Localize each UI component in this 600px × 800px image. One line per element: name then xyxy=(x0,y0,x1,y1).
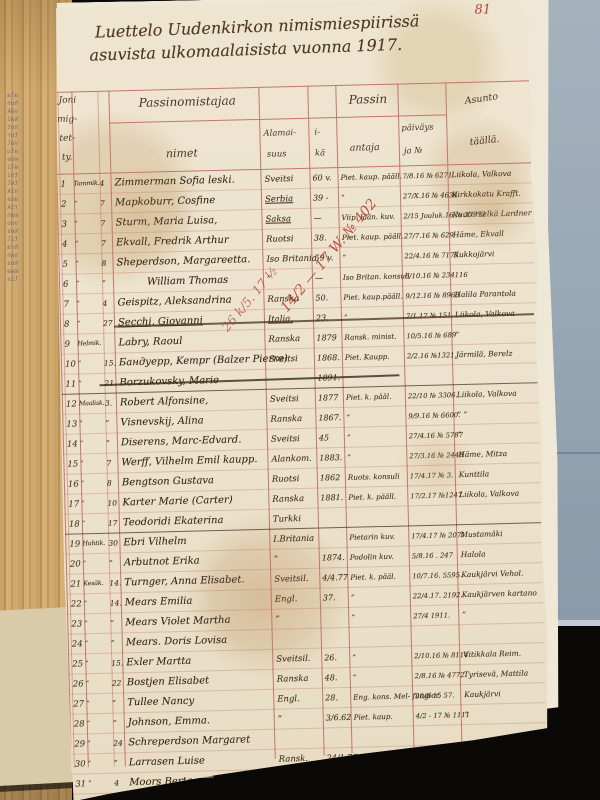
nationality: ” xyxy=(272,613,321,624)
passport-issuer: Piet. k. pääl. xyxy=(344,391,406,403)
entry-month: ” xyxy=(74,198,100,209)
entry-day: 15. xyxy=(111,658,123,668)
row-number: 12 xyxy=(62,399,79,409)
passport-date-number: 20/8-15 57. xyxy=(413,690,461,701)
entry-month: ” xyxy=(75,258,101,269)
row-number: 14 xyxy=(63,439,80,449)
passport-date-number xyxy=(412,635,460,636)
holder-name: Visnevskij, Alina xyxy=(117,414,267,428)
passport-issuer: Piet. k. pääl. xyxy=(348,571,410,583)
residence: ” xyxy=(455,428,539,440)
entry-month: ” xyxy=(86,678,112,689)
entry-month: ” xyxy=(78,358,104,369)
holder-name: Turnger, Anna Elisabet. xyxy=(121,574,271,588)
group-header-passport-owner: Passinomistajaa xyxy=(138,94,236,110)
passport-date-number: 22/4.17. 2192. xyxy=(411,590,459,601)
entry-day: ” xyxy=(112,698,124,708)
passport-issuer xyxy=(352,736,414,738)
passport-issuer: ” xyxy=(344,411,406,423)
row-number: 20 xyxy=(66,559,83,569)
residence: Kaukjärvi xyxy=(461,688,545,700)
age-or-birthyear xyxy=(319,537,347,538)
holder-name: Labry, Raoul xyxy=(115,334,265,348)
row-number: 27 xyxy=(69,699,86,709)
residence: Järmilä, Berelz xyxy=(453,348,537,360)
entry-day: 3. xyxy=(105,398,117,408)
nationality: Sveitsil. xyxy=(271,573,320,584)
entry-month: ” xyxy=(88,778,114,789)
nationality xyxy=(273,638,322,639)
passport-issuer: Eng. kons. Mel- fungior. xyxy=(351,691,413,703)
holder-name: Johnson, Emma. xyxy=(125,714,275,728)
holder-name: Bengtson Gustava xyxy=(119,474,269,488)
row-number: 7 xyxy=(59,299,76,309)
row-number: 1 xyxy=(56,179,73,189)
residence: Liikola, Valkova xyxy=(454,388,538,400)
passport-date-number: 7/8.16 № 6271 xyxy=(400,170,448,181)
passport-date-number: 27/3.16 № 2448 xyxy=(407,450,455,461)
age-or-birthyear: 1881. xyxy=(318,492,346,503)
residence: ” ” xyxy=(454,408,538,420)
residence: Kirkkokatu Krafft. xyxy=(449,188,533,200)
passport-issuer: ” xyxy=(349,591,411,603)
row-number: 13 xyxy=(62,419,79,429)
entry-day: 7 xyxy=(100,198,112,208)
age-or-birthyear: 1867. xyxy=(316,412,344,423)
row-number: 8 xyxy=(60,319,77,329)
holder-name: Bostjen Elisabet xyxy=(124,674,274,688)
passport-date-number: 2/2.16 №1321. xyxy=(405,350,453,361)
col-header-nationality-1: Alamai- xyxy=(263,128,296,139)
residence: Liikola, Valkova xyxy=(448,168,532,180)
passport-date-number: 4/2 - 17 № 1111 xyxy=(414,710,462,721)
entry-day: 30 xyxy=(108,538,120,548)
passport-issuer: ” xyxy=(340,251,402,263)
age-or-birthyear xyxy=(321,617,349,618)
nationality: Saksa xyxy=(262,213,311,224)
nationality: Serbia xyxy=(262,193,311,204)
passport-issuer xyxy=(343,376,405,378)
holder-name: Teodoridi Ekaterina xyxy=(120,514,270,528)
row-number: 18 xyxy=(65,519,82,529)
nationality: Sveitsil. xyxy=(273,653,322,664)
col-header-age-2: kä xyxy=(315,148,325,158)
entry-month: ” xyxy=(85,638,111,649)
entry-month: ” xyxy=(79,418,105,429)
passport-date-number: 9/9.16 № 6600. xyxy=(406,410,454,421)
row-number: 31 xyxy=(71,779,88,789)
entry-day: 7 xyxy=(100,218,112,228)
residence: Tyrisevä, Mattila xyxy=(461,668,545,680)
entry-month: ” xyxy=(88,758,114,769)
entry-day: 21. xyxy=(104,378,116,388)
passport-date-number: 17/2.17 №1247 xyxy=(408,490,456,501)
residence: Kukkojärvi xyxy=(450,248,534,260)
nationality: Engl. xyxy=(272,593,321,604)
age-or-birthyear: 39 - xyxy=(311,193,339,204)
page-number: 81 xyxy=(474,2,491,17)
residence: Mustamäki xyxy=(463,768,547,780)
passport-issuer: ” xyxy=(345,451,407,463)
entry-day: 4 xyxy=(102,298,114,308)
passport-issuer: Alank. kons. xyxy=(353,771,415,783)
entry-day: 4 xyxy=(114,778,126,788)
nationality: Engl. xyxy=(274,693,323,704)
passport-date-number xyxy=(405,375,453,376)
age-or-birthyear: 1874. xyxy=(320,552,348,563)
entry-month: Huhtik. xyxy=(82,538,108,549)
holder-name: Werff, Vilhelm Emil kaupp. xyxy=(118,454,268,468)
entry-day: 14. xyxy=(109,578,121,588)
group-header-rule xyxy=(109,114,446,124)
header-left-line-1: Joni xyxy=(58,95,76,105)
residence: ” xyxy=(459,608,543,620)
nationality: Sveitsi xyxy=(266,353,315,364)
passport-issuer: Piet. k. pääll. xyxy=(346,491,408,503)
holder-name: Arbutnot Erika xyxy=(121,554,271,568)
holder-name: Larrasen Luise xyxy=(126,754,276,768)
nationality xyxy=(275,738,324,739)
row-number: 28 xyxy=(70,719,87,729)
age-or-birthyear: 1891. xyxy=(315,372,343,383)
col-header-date-2: ja № xyxy=(404,146,423,156)
row-number: 16 xyxy=(64,479,81,489)
entry-month: ” xyxy=(80,458,106,469)
passport-date-number: 2/10.16 № 8114 xyxy=(412,650,460,661)
age-or-birthyear: 4/4.77 xyxy=(320,572,348,583)
nationality: Ruotsi xyxy=(263,233,312,244)
residence xyxy=(453,373,537,375)
age-or-birthyear: — xyxy=(311,213,339,224)
age-or-birthyear xyxy=(322,637,350,638)
entry-month: ” xyxy=(76,278,102,289)
holder-name: Moors Berta xyxy=(126,774,276,788)
passport-issuer: Piet. kaup.pääll. xyxy=(341,291,403,303)
passport-issuer: Ruots. konsuli xyxy=(346,471,408,483)
residence: Kytölä Pensi xyxy=(463,748,547,760)
row-number: 30 xyxy=(71,759,88,769)
entry-day: ” xyxy=(113,718,125,728)
row-number: 2 xyxy=(57,199,74,209)
holder-name: Mears. Doris Lovisa xyxy=(123,634,273,648)
entry-day: ” xyxy=(106,438,118,448)
age-or-birthyear: 48. xyxy=(323,672,351,683)
nationality: Ranska xyxy=(269,493,318,504)
residence: Halila Parantola xyxy=(451,288,535,300)
holder-name: Бандуерр, Kempr (Balzer Pierre) xyxy=(116,354,266,368)
residence: Vitikkala Reim. xyxy=(460,648,544,660)
row-number: 19 xyxy=(65,539,82,549)
age-or-birthyear: 37. xyxy=(321,592,349,603)
entry-month: ” xyxy=(76,298,102,309)
age-or-birthyear: 1877 xyxy=(316,392,344,403)
holder-name: Schreperdson Margaret xyxy=(125,734,275,748)
residence xyxy=(462,733,546,735)
holder-name: Tullee Nancy xyxy=(124,694,274,708)
ledger-page: 81 Luettelo Uudenkirkon nimismiespiiriss… xyxy=(50,0,551,800)
entry-month: Kesäk. xyxy=(83,578,109,589)
passport-issuer: Pietarin kuv. xyxy=(347,531,409,543)
passport-date-number xyxy=(414,735,462,736)
row-number: 22 xyxy=(67,599,84,609)
nationality: Iso Britania xyxy=(263,253,312,264)
entry-month: ” xyxy=(81,478,107,489)
nationality: Sveitsi xyxy=(261,173,310,184)
nationality: Ranska xyxy=(274,673,323,684)
residence: ” xyxy=(452,328,536,340)
age-or-birthyear: 45 xyxy=(317,432,345,443)
row-number: 17 xyxy=(64,499,81,509)
passport-date-number: 17/4 - 12 № 1326 xyxy=(415,750,463,761)
residence: Liikola, Valkova xyxy=(456,488,540,500)
row-number: 5 xyxy=(58,259,75,269)
group-header-passport: Passin xyxy=(348,92,387,107)
holder-name: Exler Martta xyxy=(123,654,273,668)
passport-date-number: 6/10.16 № 234116 xyxy=(403,270,451,281)
header-left-line-3: tet- xyxy=(59,133,75,143)
entry-month: ” xyxy=(85,658,111,669)
entry-month: ” xyxy=(87,738,113,749)
residence: Kuuterselkä Lardner xyxy=(449,208,533,220)
entry-day: 24 xyxy=(113,738,125,748)
row-number: 21 xyxy=(66,579,83,589)
age-or-birthyear xyxy=(319,517,347,518)
age-or-birthyear: 1879 xyxy=(314,332,342,343)
age-or-birthyear: 1868. xyxy=(315,352,343,363)
age-or-birthyear: 3/6.62 xyxy=(324,712,352,723)
passport-issuer: Iso Britan. konsuli xyxy=(341,271,403,283)
holder-name: Sturm, Maria Luisa, xyxy=(112,214,262,228)
nationality: Ransk. xyxy=(276,753,325,764)
nationality: ” xyxy=(275,713,324,724)
passport-issuer: Ruots. kons. Piet. xyxy=(353,751,415,763)
entry-month: ” xyxy=(82,518,108,529)
row-number: 3 xyxy=(57,219,74,229)
residence: Häme, Mitza xyxy=(455,448,539,460)
holder-name: William Thomas xyxy=(114,274,264,288)
table-body: 1 Tammik. 4 Zimmerman Sofia leski. Sveit… xyxy=(56,163,547,794)
entry-month: ” xyxy=(74,218,100,229)
entry-day: 22 xyxy=(112,678,124,688)
entry-day: ” xyxy=(102,278,114,288)
col-header-names: nimet xyxy=(166,146,198,160)
row-number: 4 xyxy=(58,239,75,249)
passport-date-number: 22/4.16 № 7173 xyxy=(402,250,450,261)
residence: Häme, Ekvall xyxy=(450,228,534,240)
nationality: Ranska xyxy=(265,333,314,344)
passport-date-number: 10/5.16 № 689 xyxy=(404,330,452,341)
entry-day: ” xyxy=(105,418,117,428)
passport-issuer: Piet. kaup. xyxy=(352,711,414,723)
holder-name: Sheperdson, Margareetta. xyxy=(113,254,263,268)
age-or-birthyear: 60 v. xyxy=(310,173,338,184)
nationality: Alankom. xyxy=(268,453,317,464)
entry-month: ” xyxy=(83,558,109,569)
passport-issuer: Piet. Kaupp. xyxy=(343,351,405,363)
entry-day: 8 xyxy=(101,258,113,268)
passport-date-number: 17/4.17 № 3. xyxy=(408,470,456,481)
age-or-birthyear: 24/1.75 xyxy=(325,752,353,763)
entry-month: ” xyxy=(84,598,110,609)
holder-name: Borzukovsky, Marie xyxy=(116,374,266,388)
passport-date-number xyxy=(409,515,457,516)
residence xyxy=(457,513,541,515)
entry-month: ” xyxy=(86,698,112,709)
row-number: 9 xyxy=(60,339,77,349)
header-top-rule xyxy=(54,80,530,93)
entry-day: ” xyxy=(110,618,122,628)
passport-date-number: 5/8.16 . 247 xyxy=(410,550,458,561)
age-or-birthyear: 2/1.73 xyxy=(325,772,353,783)
entry-month: ” xyxy=(84,618,110,629)
entry-day: ” xyxy=(111,638,123,648)
age-or-birthyear: 1862 xyxy=(318,472,346,483)
entry-month: ” xyxy=(75,238,101,249)
passport-date-number: 27/4 1911. xyxy=(411,610,459,621)
nationality xyxy=(266,378,315,379)
entry-day: 17 xyxy=(108,518,120,528)
passport-issuer xyxy=(350,636,412,638)
residence: Kaukjärven kartano xyxy=(459,588,543,600)
passport-date-number: 27/4.16 № 5787 xyxy=(407,430,455,441)
row-number: 23 xyxy=(67,619,84,629)
passport-date-number: 2/15 Jouluk.16 № 37772 xyxy=(401,210,449,221)
residence: Kunttila xyxy=(456,468,540,480)
entry-month: ” xyxy=(81,498,107,509)
col-header-date-1: päiväys xyxy=(401,123,434,134)
entry-day: 7 xyxy=(101,238,113,248)
residence: ” xyxy=(462,708,546,720)
nationality: Alankomaat xyxy=(276,773,325,784)
age-or-birthyear: 1883. xyxy=(317,452,345,463)
passport-date-number: 27/7.16 № 629 xyxy=(402,230,450,241)
age-or-birthyear: 23. xyxy=(314,312,342,323)
entry-day: 7 xyxy=(106,458,118,468)
passport-date-number: 16/2.17. 132. xyxy=(415,770,463,781)
holder-name: Mapkoburr, Cosfine xyxy=(112,194,262,208)
row-number: 25 xyxy=(68,659,85,669)
passport-date-number: 2/8.16 № 4772 xyxy=(413,670,461,681)
passport-issuer xyxy=(347,516,409,518)
residence xyxy=(460,633,544,635)
residence: Mustamäki xyxy=(457,528,541,540)
passport-issuer: ” xyxy=(350,651,412,663)
row-number: 15 xyxy=(63,459,80,469)
age-or-birthyear: 26. xyxy=(322,652,350,663)
entry-month: ” xyxy=(87,718,113,729)
entry-month: ” xyxy=(77,318,103,329)
entry-day: ” xyxy=(109,558,121,568)
col-header-residence-1: Asunto xyxy=(464,91,499,107)
holder-name: Diserens, Marc-Edvard. xyxy=(118,434,268,448)
archive-photo: alahunväkkainotturvalalueneelitoitelnika… xyxy=(0,0,600,800)
nationality: ” xyxy=(271,553,320,564)
holder-name: Karter Marie (Carter) xyxy=(119,494,269,508)
row-number: 26 xyxy=(69,679,86,689)
entry-month: Helmik. xyxy=(77,338,103,349)
entry-day: 8 xyxy=(107,478,119,488)
nationality: Sveitsi xyxy=(267,393,316,404)
passport-issuer: ” xyxy=(345,431,407,443)
passport-date-number: 27/X.16 № 4634 xyxy=(401,190,449,201)
holder-name: Robert Alfonsine, xyxy=(117,394,267,408)
holder-name: Zimmerman Sofia leski. xyxy=(111,174,261,188)
passport-issuer: Podolin kuv. xyxy=(348,551,410,563)
passport-date-number: 22/10 № 3306. xyxy=(406,390,454,401)
passport-issuer: ” xyxy=(351,671,413,683)
col-header-residence-2: täällä. xyxy=(469,134,500,148)
entry-day: 14. xyxy=(110,598,122,608)
passport-issuer: Piet. kaup. pääll. xyxy=(338,171,400,183)
holder-name: Mears Violet Martha xyxy=(122,614,272,628)
holder-name: Ebri Vilhelm xyxy=(120,534,270,548)
adjacent-page-print-fragments: alahunväkkainotturvalalueneelitoitelnika… xyxy=(1,92,18,570)
entry-month: Tammik. xyxy=(73,178,99,189)
age-or-birthyear xyxy=(324,737,352,738)
nationality: Ranska xyxy=(267,413,316,424)
col-header-nationality-2: suus xyxy=(267,149,287,159)
nationality: I.Britania xyxy=(270,533,319,544)
col-header-issuer: antaja xyxy=(350,142,380,154)
passport-date-number: 10/7.16. 5595. xyxy=(410,570,458,581)
passport-issuer: ” xyxy=(349,611,411,623)
entry-day: 15. xyxy=(104,358,116,368)
holder-name: Mears Emilia xyxy=(122,594,272,608)
col-header-age-1: i- xyxy=(314,127,320,137)
entry-month: Maalisk. xyxy=(79,398,105,409)
entry-day: 4 xyxy=(99,178,111,188)
age-or-birthyear: 50. xyxy=(313,292,341,303)
entry-month: ” xyxy=(78,378,104,389)
passport-date-number: 17/4.17 № 2071 xyxy=(409,530,457,541)
age-or-birthyear: 28. xyxy=(323,692,351,703)
header-left-line-2: mig- xyxy=(57,114,77,124)
header-left-line-4: ty. xyxy=(62,153,73,163)
entry-month: ” xyxy=(80,438,106,449)
entry-day: 10 xyxy=(107,498,119,508)
row-number: 10 xyxy=(61,359,78,369)
holder-name: Ekvall, Fredrik Arthur xyxy=(113,234,263,248)
row-number: 6 xyxy=(59,279,76,289)
residence: Halola xyxy=(458,548,542,560)
nationality: Ruotsi xyxy=(269,473,318,484)
passport-date-number: 9/12.16 № 8960 xyxy=(403,290,451,301)
row-number: 11 xyxy=(61,379,78,389)
entry-day: ” xyxy=(114,758,126,768)
row-number: 29 xyxy=(70,739,87,749)
row-number: 24 xyxy=(68,639,85,649)
passport-issuer: Ransk. minist. xyxy=(342,331,404,343)
nationality: Turkki xyxy=(270,513,319,524)
residence: Kaukjärvi Vehol. xyxy=(458,568,542,580)
nationality: Sveitsi xyxy=(268,433,317,444)
